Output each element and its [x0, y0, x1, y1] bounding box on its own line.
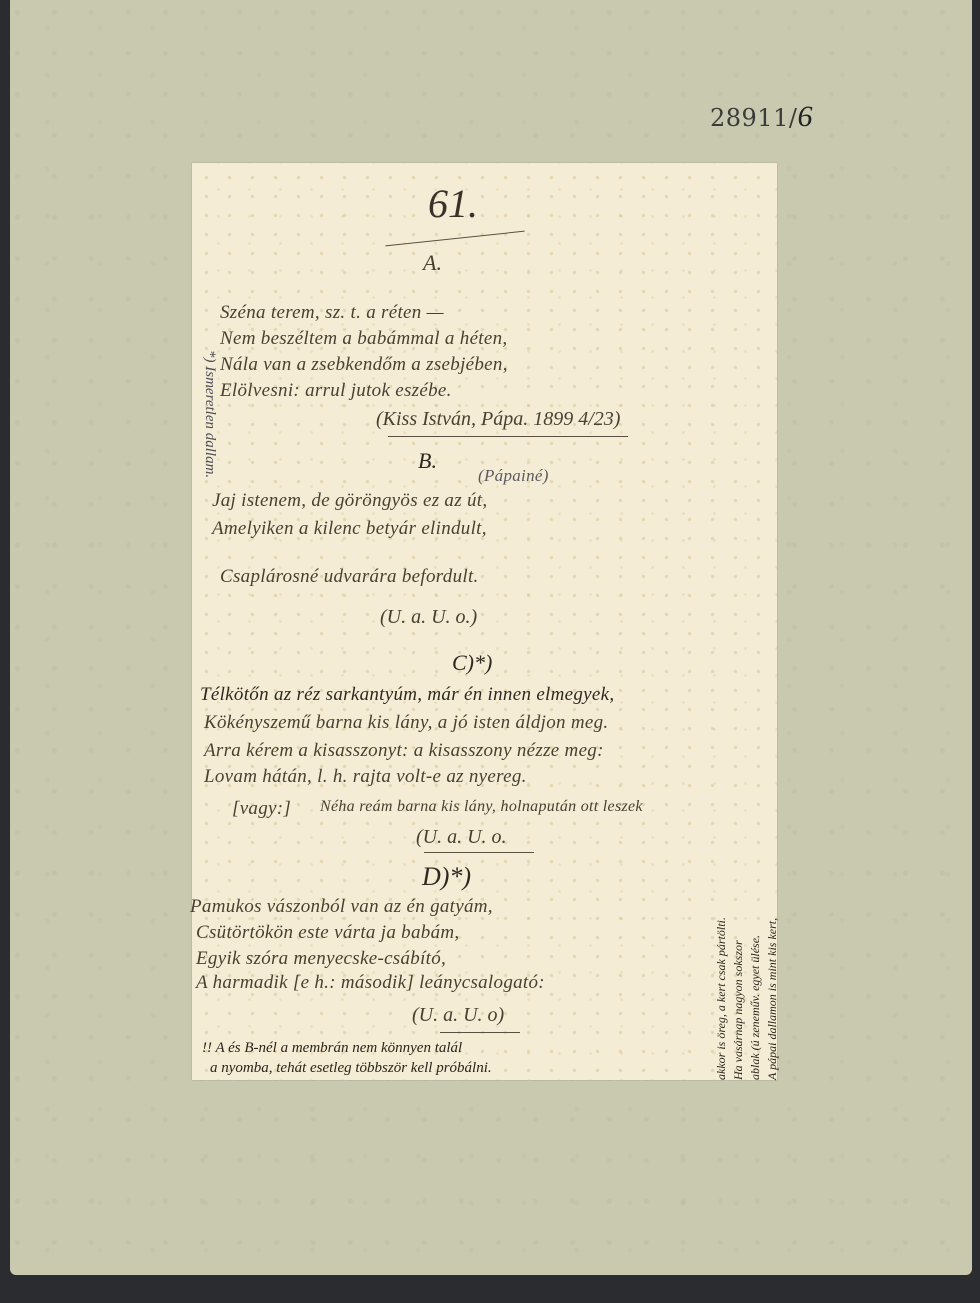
section-d-line-1: Pamukos vászonból van az én gatyám, — [190, 896, 493, 918]
right-margin-line-3: Ha vasárnap nagyon sokszor — [731, 820, 746, 1080]
section-c-line-3: Arra kérem a kisasszonyt: a kisasszony n… — [204, 740, 604, 762]
right-margin-line-1: A pápai dallamon is mint kis kert, — [765, 820, 780, 1080]
section-c-line-4: Lovam hátán, l. h. rajta volt-e az nyere… — [204, 766, 527, 788]
archive-number-main: 28911/ — [710, 104, 797, 132]
section-b-annotation: (Pápainé) — [478, 466, 549, 486]
section-c-line-2: Kökényszemű barna kis lány, a jó isten á… — [204, 712, 608, 734]
section-d-rule — [440, 1032, 520, 1033]
section-b-line-2: Amelyiken a kilenc betyár elindult, — [212, 518, 487, 540]
manuscript-number: 61. — [428, 180, 478, 227]
section-d-line-4: A harmadik [e h.: második] leánycsalogat… — [196, 972, 545, 994]
section-b-source: (U. a. U. o.) — [380, 606, 477, 629]
right-margin-line-2: ablak (ú zeneműv. egyet ülése. — [748, 820, 763, 1080]
section-d-source: (U. a. U. o) — [412, 1004, 504, 1027]
section-b-line-1: Jaj istenem, de göröngyös ez az út, — [212, 490, 487, 512]
section-b-line-3: Csaplárosné udvarára befordult. — [220, 566, 479, 588]
footnote-line-2: a nyomba, tehát esetleg többször kell pr… — [210, 1060, 492, 1077]
left-margin-note: *) Ismeretlen dallam. — [198, 350, 218, 680]
section-d-line-3: Egyik szóra menyecske-csábító, — [196, 948, 446, 970]
section-c-rule — [424, 852, 534, 853]
section-a-line-2: Nem beszéltem a babámmal a héten, — [220, 328, 507, 350]
section-a-rule — [388, 436, 628, 437]
footnote-line-1: !! A és B-nél a membrán nem könnyen talá… — [202, 1040, 462, 1057]
section-b-label: B. — [418, 448, 437, 474]
archive-number: 28911/6 — [710, 100, 813, 134]
right-margin-line-4: akkor is öreg, a kert csak pártölti. — [714, 820, 729, 1080]
section-a-line-3: Nála van a zsebkendőm a zsebjében, — [220, 354, 508, 376]
section-d-line-2: Csütörtökön este várta ja babám, — [196, 922, 459, 944]
section-c-label: C)*) — [452, 650, 492, 676]
right-margin-note: A pápai dallamon is mint kis kert, ablak… — [700, 820, 780, 1080]
section-c-variant-text: Néha reám barna kis lány, holnapután ott… — [320, 798, 643, 816]
section-c-line-1: Télkötőn az réz sarkantyúm, már én innen… — [200, 684, 614, 706]
section-a-source: (Kiss István, Pápa. 1899 4/23) — [376, 408, 620, 431]
section-a-line-1: Széna terem, sz. t. a réten — — [220, 302, 444, 324]
section-d-label: D)*) — [422, 862, 471, 892]
section-c-source: (U. a. U. o. — [416, 826, 507, 849]
section-c-variant-bracket: [vagy:] — [232, 798, 291, 820]
archive-number-suffix: 6 — [797, 100, 813, 133]
section-a-line-4: Elölvesni: arrul jutok eszébe. — [220, 380, 452, 402]
section-a-label: A. — [423, 250, 442, 276]
